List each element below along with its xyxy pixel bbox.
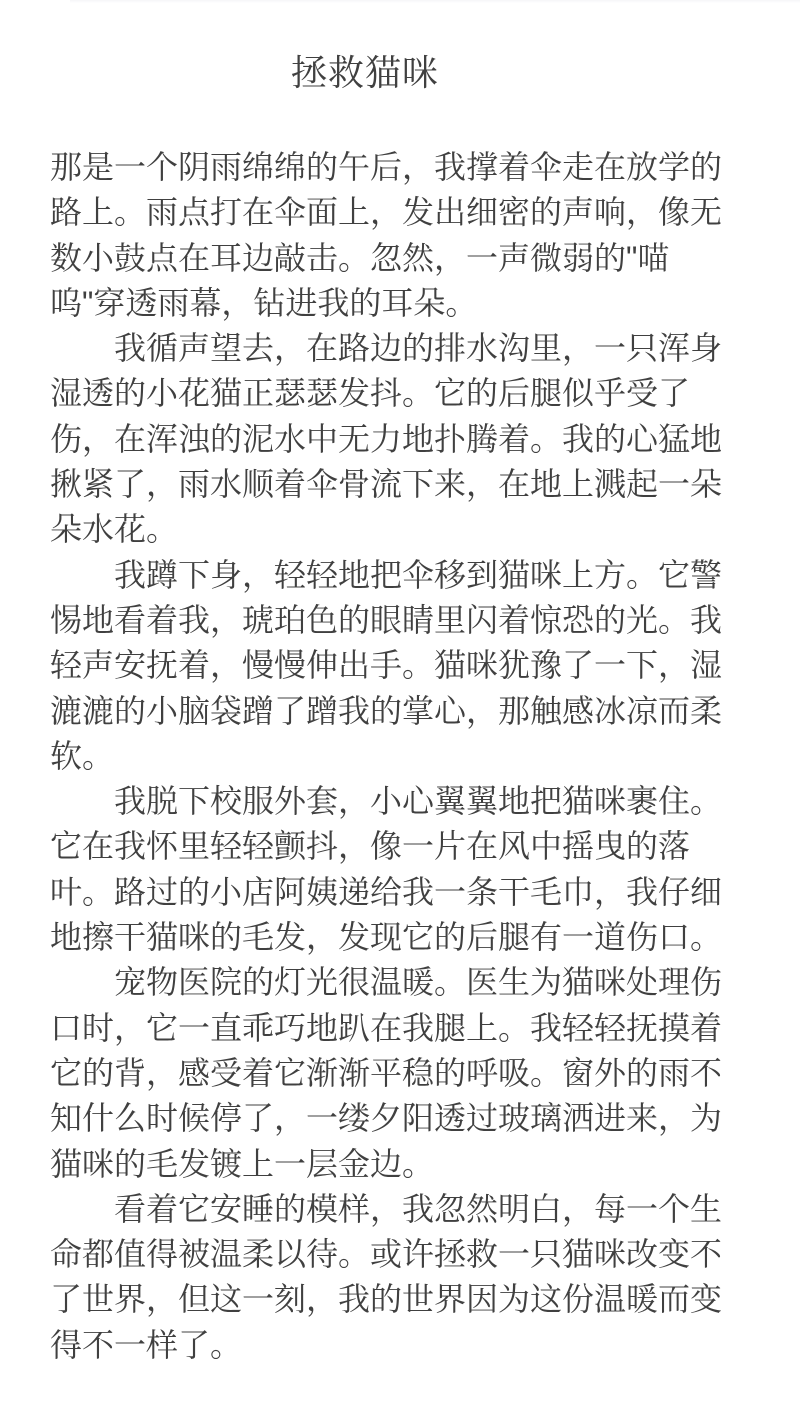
paragraph-2: 我循声望去，在路边的排水沟里，一只浑身 湿透的小花猫正瑟瑟发抖。它的后腿似乎受了… <box>50 326 790 552</box>
document-page: 拯救猫咪 那是一个阴雨绵绵的午后，我撑着伞走在放学的 路上。雨点打在伞面上，发出… <box>0 0 800 1419</box>
paragraph-5: 宠物医院的灯光很温暖。医生为猫咪处理伤 口时，它一直乖巧地趴在我腿上。我轻轻抚摸… <box>50 960 790 1186</box>
paragraph-3: 我蹲下身，轻轻地把伞移到猫咪上方。它警 惕地看着我，琥珀色的眼睛里闪着惊恐的光。… <box>50 553 790 779</box>
paragraph-1: 那是一个阴雨绵绵的午后，我撑着伞走在放学的 路上。雨点打在伞面上，发出细密的声响… <box>50 145 790 326</box>
document-title: 拯救猫咪 <box>0 0 765 98</box>
paragraph-4: 我脱下校服外套，小心翼翼地把猫咪裹住。 它在我怀里轻轻颤抖，像一片在风中摇曳的落… <box>50 779 790 960</box>
document-body: 那是一个阴雨绵绵的午后，我撑着伞走在放学的 路上。雨点打在伞面上，发出细密的声响… <box>50 145 790 1368</box>
paragraph-6: 看着它安睡的模样，我忽然明白，每一个生 命都值得被温柔以待。或许拯救一只猫咪改变… <box>50 1187 790 1368</box>
